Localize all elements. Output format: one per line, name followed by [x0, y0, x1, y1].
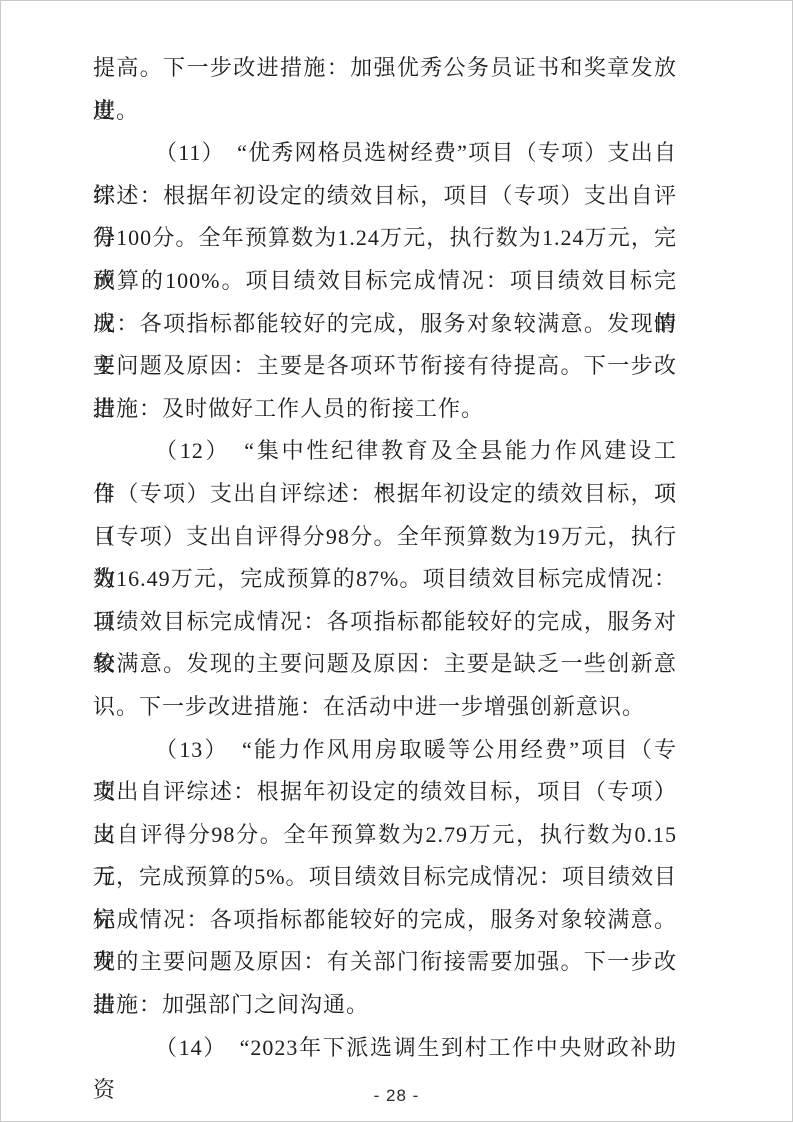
text-line: 支出自评综述：根据年初设定的绩效目标，项目（专项）支	[93, 771, 677, 814]
text-line: 目绩效目标完成情况：各项指标都能较好的完成，服务对象	[93, 601, 677, 644]
text-line: （13） “能力作风用房取暖等公用经费”项目（专项）	[93, 729, 677, 772]
paragraph: （11） “优秀网格员选树经费”项目（专项）支出自评综述：根据年初设定的绩效目标…	[93, 132, 677, 430]
paragraph: （13） “能力作风用房取暖等公用经费”项目（专项）支出自评综述：根据年初设定的…	[93, 729, 677, 1027]
document-body: 提高。下一步改进措施：加强优秀公务员证书和奖章发放进度。（11） “优秀网格员选…	[93, 47, 677, 1069]
text-line: 综述：根据年初设定的绩效目标，项目（专项）支出自评得	[93, 175, 677, 218]
text-line: 目（专项）支出自评综述：根据年初设定的绩效目标，项目	[93, 473, 677, 516]
text-line: 识。下一步改进措施：在活动中进一步增强创新意识。	[93, 686, 677, 729]
paragraph: （12） “集中性纪律教育及全县能力作风建设工作”项目（专项）支出自评综述：根据…	[93, 430, 677, 728]
paragraph: （14） “2023年下派选调生到村工作中央财政补助资	[93, 1027, 677, 1070]
text-line: 较满意。发现的主要问题及原因：主要是缺乏一些创新意	[93, 643, 677, 686]
page-number: - 28 -	[1, 1086, 792, 1106]
text-line: （11） “优秀网格员选树经费”项目（专项）支出自评	[93, 132, 677, 175]
text-line: 况：各项指标都能较好的完成，服务对象较满意。发现的主	[93, 303, 677, 346]
text-line: 元，完成预算的5%。项目绩效目标完成情况：项目绩效目标	[93, 856, 677, 899]
text-line: 措施：加强部门之间沟通。	[93, 984, 677, 1027]
text-line: （专项）支出自评得分98分。全年预算数为19万元，执行数	[93, 516, 677, 559]
text-line: （12） “集中性纪律教育及全县能力作风建设工作”项	[93, 430, 677, 473]
text-line: 完成情况：各项指标都能较好的完成，服务对象较满意。发	[93, 899, 677, 942]
document-page: 提高。下一步改进措施：加强优秀公务员证书和奖章发放进度。（11） “优秀网格员选…	[0, 0, 793, 1122]
text-line: 分100分。全年预算数为1.24万元，执行数为1.24万元，完成	[93, 217, 677, 260]
text-line: 措施：及时做好工作人员的衔接工作。	[93, 388, 677, 431]
text-line: 提高。下一步改进措施：加强优秀公务员证书和奖章发放进	[93, 47, 677, 90]
text-line: 要问题及原因：主要是各项环节衔接有待提高。下一步改进	[93, 345, 677, 388]
text-line: 预算的100%。项目绩效目标完成情况：项目绩效目标完成情	[93, 260, 677, 303]
text-line: （14） “2023年下派选调生到村工作中央财政补助资	[93, 1027, 677, 1070]
text-line: 为16.49万元，完成预算的87%。项目绩效目标完成情况：项	[93, 558, 677, 601]
text-line: 现的主要问题及原因：有关部门衔接需要加强。下一步改进	[93, 941, 677, 984]
text-line: 出自评得分98分。全年预算数为2.79万元，执行数为0.15万	[93, 814, 677, 857]
text-line: 度。	[93, 90, 677, 133]
paragraph: 提高。下一步改进措施：加强优秀公务员证书和奖章发放进度。	[93, 47, 677, 132]
